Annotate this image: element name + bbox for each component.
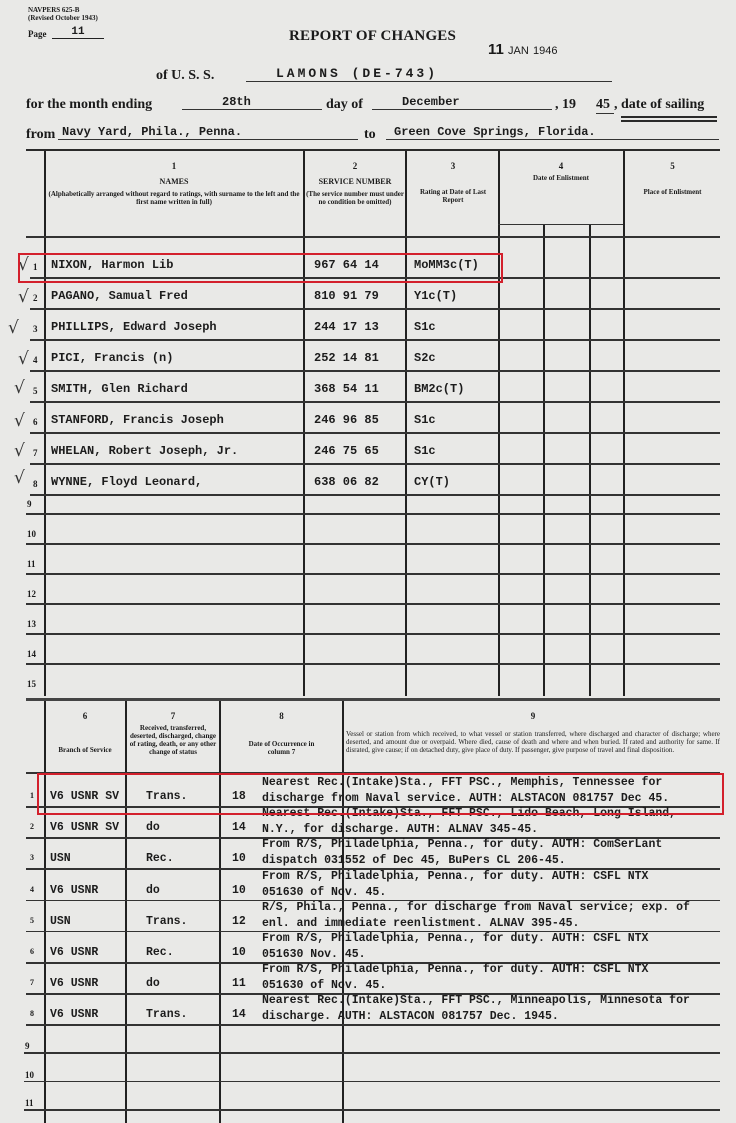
day-of-label: day of: [326, 97, 363, 113]
to-label: to: [364, 127, 376, 143]
row-number: 13: [27, 619, 36, 629]
occurrence-date: 10: [232, 852, 246, 865]
row-rule: [26, 1024, 720, 1026]
col-title: Date of Enlistment: [500, 174, 622, 182]
from-label: from: [26, 127, 55, 143]
row-rule: [26, 573, 720, 575]
check-mark-icon: √: [14, 441, 25, 461]
row-rule: [30, 339, 720, 341]
date-of-sailing-label: , date of sailing: [614, 97, 704, 113]
rating: S1c: [414, 413, 436, 427]
branch-of-service: USN: [50, 852, 71, 865]
col-number: 8: [222, 712, 341, 720]
service-number: 638 06 82: [314, 475, 379, 489]
col-header-service-number: 2 SERVICE NUMBER (The service number mus…: [306, 162, 404, 206]
uss-label: of U. S. S.: [156, 68, 214, 84]
remarks: From R/S, Philadelphia, Penna., for duty…: [262, 869, 648, 901]
row-number: 9: [25, 1041, 30, 1051]
sailing-double-rule: [621, 116, 717, 118]
check-mark-icon: √: [18, 287, 29, 307]
person-name: PICI, Francis (n): [51, 351, 173, 365]
row-number: 7: [33, 448, 38, 458]
row-number: 7: [30, 978, 34, 987]
row-number: 1: [30, 791, 34, 800]
status-change: do: [146, 821, 160, 834]
row-rule: [30, 432, 720, 434]
remarks-line: R/S, Phila., Penna., for discharge from …: [262, 900, 690, 916]
row-number: 3: [33, 324, 38, 334]
service-number: 368 54 11: [314, 382, 379, 396]
rating: S1c: [414, 444, 436, 458]
rating: S1c: [414, 320, 436, 334]
person-name: STANFORD, Francis Joseph: [51, 413, 224, 427]
col-note: (Alphabetically arranged without regard …: [46, 190, 302, 206]
branch-of-service: V6 USNR SV: [50, 821, 119, 834]
col-divider: [219, 701, 221, 1123]
row-number: 10: [27, 529, 36, 539]
row-number: 8: [33, 479, 38, 489]
stamp-day: 11: [488, 41, 504, 58]
row-number: 2: [33, 293, 38, 303]
occurrence-date: 14: [232, 821, 246, 834]
remarks-line: dispatch 031552 of Dec 45, BuPers CL 206…: [262, 853, 662, 869]
date-stamp: 11 JAN 1946: [488, 41, 557, 58]
page-number: 11: [52, 26, 104, 39]
col-divider: [589, 224, 591, 696]
col-divider: [44, 151, 46, 696]
stamp-month: JAN: [508, 45, 529, 57]
row-number: 2: [30, 822, 34, 831]
highlight-box-change-row-1: [37, 773, 724, 815]
col-header-enlistment-place: 5 Place of Enlistment: [625, 162, 720, 196]
service-number: 246 75 65: [314, 444, 379, 458]
person-name: SMITH, Glen Richard: [51, 382, 188, 396]
col-note: (The service number must under no condit…: [306, 190, 404, 206]
col-number: 3: [410, 162, 496, 170]
year-value: 45: [596, 97, 614, 114]
remarks: R/S, Phila., Penna., for discharge from …: [262, 900, 690, 932]
col-header-rating: 3 Rating at Date of Last Report: [410, 162, 496, 204]
col-number: 6: [46, 712, 124, 720]
person-name: WYNNE, Floyd Leonard,: [51, 475, 202, 489]
row-number: 5: [33, 386, 38, 396]
check-mark-icon: √: [14, 378, 25, 398]
header-rule: [26, 149, 720, 151]
col-title: Vessel or station from which received, t…: [346, 730, 720, 754]
rating: S2c: [414, 351, 436, 365]
service-number: 810 91 79: [314, 289, 379, 303]
remarks: From R/S, Philadelphia, Penna., for duty…: [262, 931, 648, 963]
col-title: Branch of Service: [46, 746, 124, 754]
service-number: 252 14 81: [314, 351, 379, 365]
remarks-line: From R/S, Philadelphia, Penna., for duty…: [262, 837, 662, 853]
branch-of-service: V6 USNR: [50, 946, 98, 959]
remarks-line: Nearest Rec.(Intake)Sta., FFT PSC., Minn…: [262, 993, 690, 1009]
header-bottom-rule: [26, 236, 720, 238]
rating: BM2c(T): [414, 382, 464, 396]
col-header-status: 7 Received, transferred, deserted, disch…: [128, 712, 218, 756]
col-divider: [623, 151, 625, 696]
row-rule: [26, 603, 720, 605]
section-divider: [26, 698, 720, 701]
col-divider: [543, 224, 545, 696]
stamp-year: 1946: [533, 45, 557, 57]
col-title: Place of Enlistment: [625, 188, 720, 196]
col-header-date: 8 Date of Occurrence in column 7: [222, 712, 341, 756]
remarks: From R/S, Philadelphia, Penna., for duty…: [262, 837, 662, 869]
col-number: 5: [625, 162, 720, 170]
remarks-line: 051630 of Nov. 45.: [262, 885, 648, 901]
enlistment-subrule: [498, 224, 623, 225]
row-rule: [30, 494, 720, 496]
row-number: 4: [33, 355, 38, 365]
status-change: Trans.: [146, 915, 187, 928]
rating: CY(T): [414, 475, 450, 489]
status-change: do: [146, 977, 160, 990]
service-number: 246 96 85: [314, 413, 379, 427]
form-revision: (Revised October 1943): [28, 14, 98, 22]
year-prefix: , 19: [555, 97, 576, 113]
branch-of-service: V6 USNR: [50, 884, 98, 897]
check-mark-icon: √: [14, 468, 25, 488]
page-label: Page: [28, 29, 47, 39]
person-name: PHILLIPS, Edward Joseph: [51, 320, 217, 334]
row-number: 15: [27, 679, 36, 689]
row-number: 11: [27, 559, 36, 569]
col-divider: [125, 701, 127, 1123]
row-number: 3: [30, 853, 34, 862]
col-title: NAMES: [46, 178, 302, 186]
form-id: NAVPERS 625-B (Revised October 1943): [28, 6, 98, 22]
sailing-double-rule-2: [621, 120, 717, 122]
remarks-line: From R/S, Philadelphia, Penna., for duty…: [262, 931, 648, 947]
col-number: 2: [306, 162, 404, 170]
row-rule: [26, 513, 720, 515]
col-title: Rating at Date of Last Report: [410, 188, 496, 204]
status-change: Rec.: [146, 946, 174, 959]
remarks-line: 051630 Nov. 45.: [262, 947, 648, 963]
branch-of-service: USN: [50, 915, 71, 928]
col-number: 9: [346, 712, 720, 720]
service-number: 244 17 13: [314, 320, 379, 334]
person-name: PAGANO, Samual Fred: [51, 289, 188, 303]
col-header-remarks: 9 Vessel or station from which received,…: [346, 712, 720, 754]
row-rule: [26, 663, 720, 665]
row-number: 14: [27, 649, 36, 659]
check-mark-icon: √: [8, 318, 19, 338]
row-rule: [24, 1081, 720, 1083]
row-number: 11: [25, 1098, 34, 1108]
col-header-branch: 6 Branch of Service: [46, 712, 124, 754]
day-value: 28th: [182, 95, 322, 110]
row-rule: [30, 308, 720, 310]
occurrence-date: 14: [232, 1008, 246, 1021]
to-value: Green Cove Springs, Florida.: [386, 125, 719, 140]
branch-of-service: V6 USNR: [50, 977, 98, 990]
col-title: Date of Occurrence in column 7: [222, 740, 341, 756]
row-number: 6: [30, 947, 34, 956]
remarks: Nearest Rec.(Intake)Sta., FFT PSC., Minn…: [262, 993, 690, 1025]
col-divider: [498, 151, 500, 696]
rating: Y1c(T): [414, 289, 457, 303]
col-divider: [405, 151, 407, 696]
row-rule: [24, 1109, 720, 1111]
occurrence-date: 10: [232, 884, 246, 897]
check-mark-icon: √: [14, 411, 25, 431]
remarks-line: discharge. AUTH: ALSTACON 081757 Dec. 19…: [262, 1009, 690, 1025]
person-name: WHELAN, Robert Joseph, Jr.: [51, 444, 238, 458]
occurrence-date: 10: [232, 946, 246, 959]
col-number: 7: [128, 712, 218, 720]
row-number: 10: [25, 1070, 34, 1080]
row-rule: [30, 463, 720, 465]
remarks-line: From R/S, Philadelphia, Penna., for duty…: [262, 869, 648, 885]
row-number: 8: [30, 1009, 34, 1018]
col-header-names: 1 NAMES (Alphabetically arranged without…: [46, 162, 302, 206]
row-number: 4: [30, 885, 34, 894]
form-number: NAVPERS 625-B: [28, 6, 98, 14]
row-number: 9: [27, 499, 32, 509]
row-number: 5: [30, 916, 34, 925]
occurrence-date: 11: [232, 977, 246, 990]
ship-name: LAMONS (DE-743): [246, 66, 612, 82]
col-divider: [303, 151, 305, 696]
from-value: Navy Yard, Phila., Penna.: [58, 125, 358, 140]
col-header-enlistment-date: 4 Date of Enlistment: [500, 162, 622, 182]
remarks-line: 051630 of Nov. 45.: [262, 978, 648, 994]
col-number: 4: [500, 162, 622, 170]
month-value: December: [372, 95, 552, 110]
remarks-line: enl. and immediate reenlistment. ALNAV 3…: [262, 916, 690, 932]
row-number: 6: [33, 417, 38, 427]
row-rule: [26, 633, 720, 635]
row-number: 12: [27, 589, 36, 599]
row-rule: [30, 401, 720, 403]
row-rule: [26, 543, 720, 545]
branch-of-service: V6 USNR: [50, 1008, 98, 1021]
month-ending-label: for the month ending: [26, 97, 152, 113]
col-title: Received, transferred, deserted, dischar…: [128, 724, 218, 756]
status-change: do: [146, 884, 160, 897]
page-title: REPORT OF CHANGES: [289, 28, 456, 45]
col-title: SERVICE NUMBER: [306, 178, 404, 186]
highlight-box-personnel-row-1: [18, 253, 503, 283]
row-rule: [24, 1052, 720, 1054]
remarks-line: N.Y., for discharge. AUTH: ALNAV 345-45.: [262, 822, 676, 838]
check-mark-icon: √: [18, 349, 29, 369]
remarks-line: From R/S, Philadelphia, Penna., for duty…: [262, 962, 648, 978]
remarks: From R/S, Philadelphia, Penna., for duty…: [262, 962, 648, 994]
row-rule: [30, 370, 720, 372]
status-change: Trans.: [146, 1008, 187, 1021]
status-change: Rec.: [146, 852, 174, 865]
occurrence-date: 12: [232, 915, 246, 928]
col-number: 1: [46, 162, 302, 170]
col-divider: [44, 701, 46, 1123]
